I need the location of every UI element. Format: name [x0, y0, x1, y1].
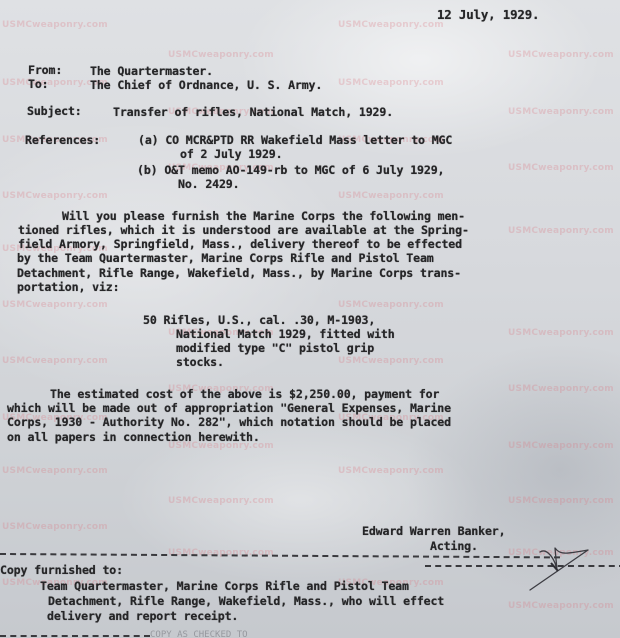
- pen-check-mark-icon: [0, 0, 620, 638]
- letter-paper: USMCweaponry.com USMCweaponry.com USMCwe…: [0, 0, 620, 638]
